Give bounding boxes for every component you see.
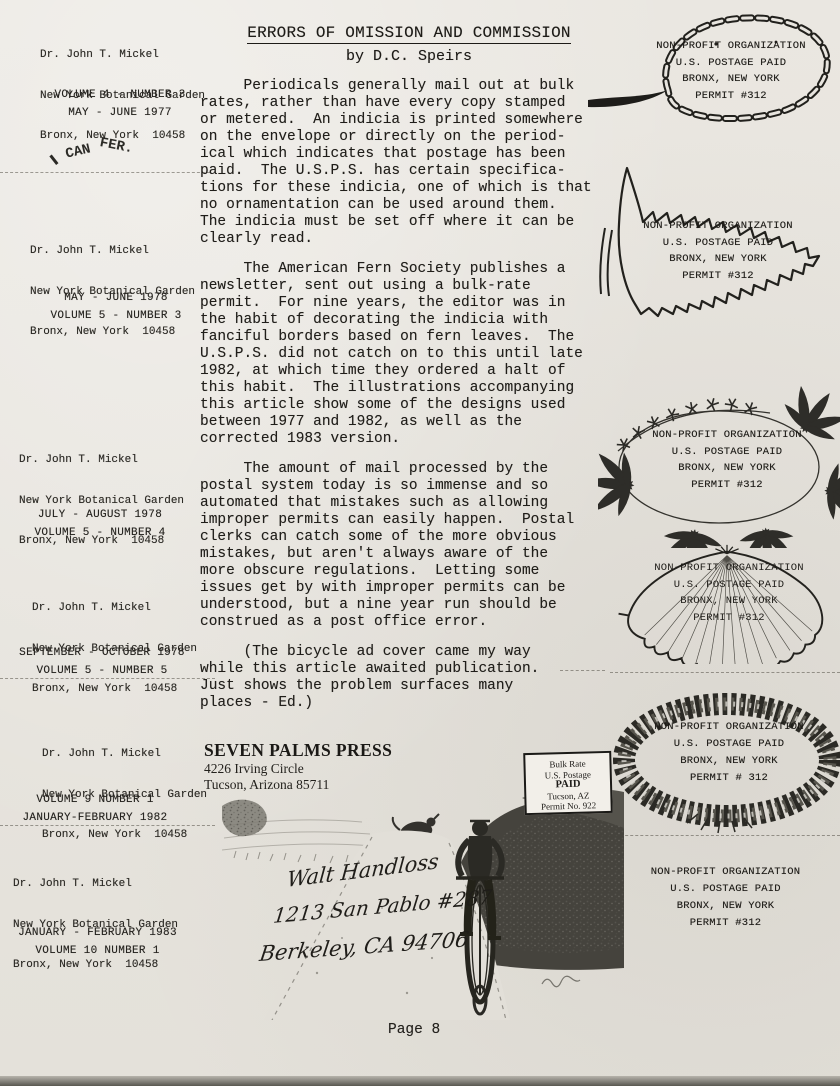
fold-line: [605, 835, 840, 836]
indicium-line: NON-PROFIT ORGANIZATION: [628, 864, 823, 881]
indicium-plain-1983: NON-PROFIT ORGANIZATION U.S. POSTAGE PAI…: [628, 864, 823, 932]
handwritten-address: Walt Handloss 1213 San Pablo #287 Berkel…: [278, 862, 538, 982]
mailing-label-3: Dr. John T. Mickel New York Botanical Ga…: [19, 427, 184, 576]
label-line: Dr. John T. Mickel: [13, 878, 178, 892]
publisher-block: SEVEN PALMS PRESS 4226 Irving Circle Tuc…: [204, 740, 392, 793]
postmark-text-left: CAN: [64, 141, 93, 166]
issue-block-1982: VOLUME 9 NUMBER 1 JANUARY-FEBRUARY 1982: [0, 791, 190, 827]
indicium-line: NON-PROFIT ORGANIZATION: [646, 38, 816, 55]
article-title-text: ERRORS OF OMISSION AND COMMISSION: [247, 24, 570, 44]
indicium-wreath: NON-PROFIT ORGANIZATION U.S. POSTAGE PAI…: [610, 692, 840, 842]
indicium-line: NON-PROFIT ORGANIZATION: [628, 218, 808, 235]
issue-block-1978-mayjune: MAY - JUNE 1978 VOLUME 5 - NUMBER 3: [16, 289, 216, 325]
indicium-line: PERMIT #312: [646, 88, 816, 105]
issue-line: VOLUME 5 - NUMBER 3: [16, 307, 216, 325]
indicium-chain-leaf: NON-PROFIT ORGANIZATION U.S. POSTAGE PAI…: [588, 2, 836, 136]
article-title: ERRORS OF OMISSION AND COMMISSION: [200, 24, 618, 44]
indicium-line: PERMIT #312: [628, 268, 808, 285]
indicium-serrated-leaf: NON-PROFIT ORGANIZATION U.S. POSTAGE PAI…: [583, 158, 840, 326]
label-line: Bronx, New York 10458: [42, 829, 207, 843]
indicium-fan-leaf: NON-PROFIT ORGANIZATION U.S. POSTAGE PAI…: [612, 542, 840, 664]
publisher-name: SEVEN PALMS PRESS: [204, 740, 392, 761]
label-line: Bronx, New York 10458: [30, 326, 195, 340]
fold-line: [0, 172, 210, 173]
bulk-rate-stamp: Bulk Rate U.S. Postage PAID Tucson, AZ P…: [523, 751, 613, 815]
issue-block-1977: VOLUME 4 - NUMBER 3 MAY - JUNE 1977: [20, 86, 220, 122]
indicium-line: PERMIT #312: [629, 610, 829, 627]
article-paragraph-1: Periodicals generally mail out at bulk r…: [200, 78, 618, 248]
indicium-line: U.S. POSTAGE PAID: [627, 444, 827, 461]
indicium-line: U.S. POSTAGE PAID: [629, 736, 829, 753]
article-byline: by D.C. Speirs: [200, 48, 618, 65]
article: ERRORS OF OMISSION AND COMMISSION by D.C…: [200, 24, 618, 712]
scan-edge-band: [0, 1076, 840, 1086]
article-paragraph-4: (The bicycle ad cover came my way while …: [200, 644, 618, 712]
indicium-line: NON-PROFIT ORGANIZATION: [629, 719, 829, 736]
stamp-line: Permit No. 922: [526, 800, 610, 813]
indicium-line: U.S. POSTAGE PAID: [628, 881, 823, 898]
label-line: Dr. John T. Mickel: [42, 748, 207, 762]
indicium-line: BRONX, NEW YORK: [628, 251, 808, 268]
issue-line: VOLUME 4 - NUMBER 3: [20, 86, 220, 104]
publisher-address-line: 4226 Irving Circle: [204, 761, 392, 777]
fold-line: [610, 672, 840, 673]
issue-line: JANUARY - FEBRUARY 1983: [0, 924, 195, 942]
indicium-fern-garland: NON-PROFIT ORGANIZATION U.S. POSTAGE PAI…: [598, 383, 840, 548]
label-line: Bronx, New York 10458: [32, 683, 197, 697]
indicium-line: PERMIT #312: [628, 915, 823, 932]
label-line: Dr. John T. Mickel: [40, 49, 205, 63]
indicium-line: PERMIT #312: [627, 477, 827, 494]
article-paragraph-2: The American Fern Society publishes a ne…: [200, 261, 618, 448]
fold-line: [0, 678, 215, 679]
issue-line: JULY - AUGUST 1978: [0, 506, 200, 524]
label-line: Dr. John T. Mickel: [19, 454, 184, 468]
issue-block-1978-septoct: SEPTEMBER - OCTOBER 1978 VOLUME 5 - NUMB…: [2, 644, 202, 680]
label-line: Dr. John T. Mickel: [32, 602, 197, 616]
indicium-line: BRONX, NEW YORK: [646, 71, 816, 88]
scanned-newsletter-page: Dr. John T. Mickel New York Botanical Ga…: [0, 0, 840, 1086]
indicium-line: PERMIT # 312: [629, 770, 829, 787]
fold-line: [560, 670, 605, 671]
issue-block-1983: JANUARY - FEBRUARY 1983 VOLUME 10 NUMBER…: [0, 924, 195, 960]
indicium-text: NON-PROFIT ORGANIZATION U.S. POSTAGE PAI…: [646, 38, 816, 104]
indicium-line: NON-PROFIT ORGANIZATION: [629, 560, 829, 577]
indicium-text: NON-PROFIT ORGANIZATION U.S. POSTAGE PAI…: [628, 218, 808, 284]
indicium-line: U.S. POSTAGE PAID: [629, 577, 829, 594]
label-line: Dr. John T. Mickel: [30, 245, 195, 259]
circular-postmark-fragment: CAN FER.: [52, 144, 132, 164]
indicium-line: BRONX, NEW YORK: [629, 753, 829, 770]
handwritten-line: 1213 San Pablo #287: [272, 885, 493, 928]
indicium-text: NON-PROFIT ORGANIZATION U.S. POSTAGE PAI…: [629, 719, 829, 787]
page-number: Page 8: [388, 1022, 440, 1038]
issue-line: MAY - JUNE 1978: [16, 289, 216, 307]
indicium-line: BRONX, NEW YORK: [629, 593, 829, 610]
issue-line: VOLUME 10 NUMBER 1: [0, 942, 195, 960]
indicium-text: NON-PROFIT ORGANIZATION U.S. POSTAGE PAI…: [629, 560, 829, 626]
indicium-line: BRONX, NEW YORK: [627, 460, 827, 477]
label-line: Bronx, New York 10458: [13, 959, 178, 973]
issue-line: MAY - JUNE 1977: [20, 104, 220, 122]
issue-line: SEPTEMBER - OCTOBER 1978: [2, 644, 202, 662]
issue-line: VOLUME 9 NUMBER 1: [0, 791, 190, 809]
indicium-line: BRONX, NEW YORK: [628, 898, 823, 915]
issue-line: VOLUME 5 - NUMBER 4: [0, 524, 200, 542]
article-paragraph-3: The amount of mail processed by the post…: [200, 461, 618, 631]
indicium-text: NON-PROFIT ORGANIZATION U.S. POSTAGE PAI…: [627, 427, 827, 493]
indicium-line: U.S. POSTAGE PAID: [646, 55, 816, 72]
indicium-line: U.S. POSTAGE PAID: [628, 235, 808, 252]
handwritten-line: Berkeley, CA 94706: [258, 927, 470, 966]
indicium-line: NON-PROFIT ORGANIZATION: [627, 427, 827, 444]
fold-line: [0, 825, 215, 826]
issue-block-1978-julyaug: JULY - AUGUST 1978 VOLUME 5 - NUMBER 4: [0, 506, 200, 542]
